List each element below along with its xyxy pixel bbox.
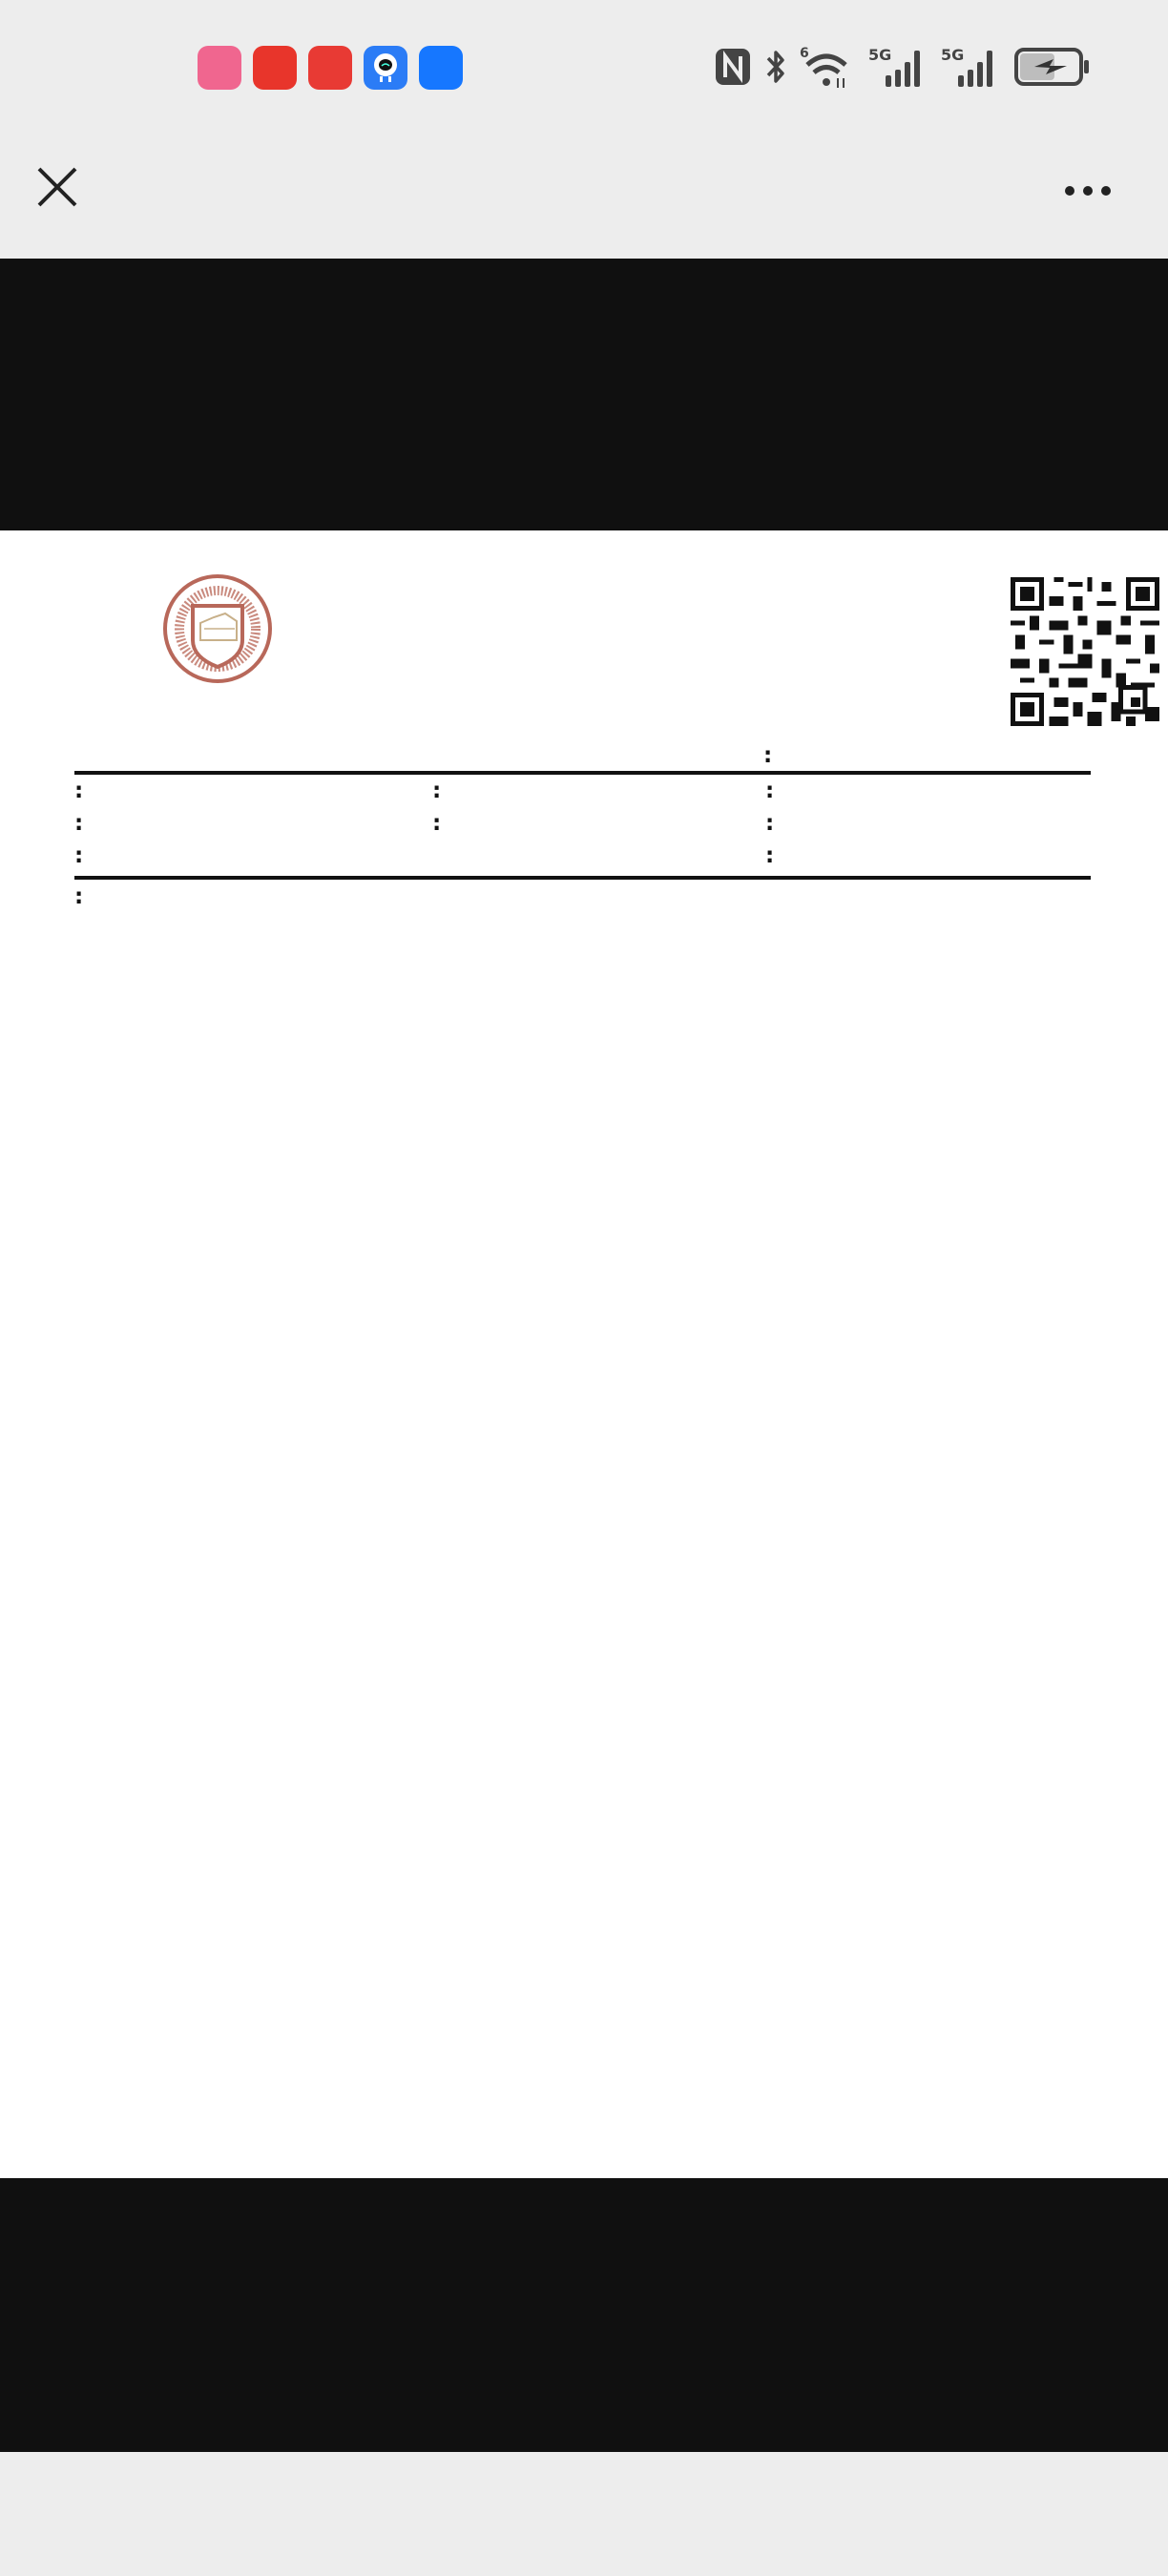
browser-header — [0, 134, 1168, 259]
exam-time-field: : — [765, 843, 774, 868]
bluetooth-icon — [765, 47, 786, 87]
age-field: : — [765, 779, 774, 803]
exam-site-field: : — [74, 884, 83, 909]
patient-name-field: : — [74, 779, 83, 803]
suning-app-icon — [308, 46, 352, 90]
nfc-icon — [714, 47, 752, 87]
svg-text:5G: 5G — [868, 46, 891, 64]
more-options-button[interactable] — [1050, 172, 1126, 210]
department-field: : — [765, 811, 774, 836]
battery-charging-icon — [1013, 46, 1092, 88]
close-icon — [35, 165, 79, 209]
close-button[interactable] — [31, 160, 84, 214]
bed-no-field: : — [74, 811, 83, 836]
signal-5g-2-icon: 5G — [941, 45, 1000, 89]
clinical-diagnosis-field: : — [74, 843, 83, 868]
more-dot-icon — [1083, 186, 1093, 196]
image-viewer[interactable]: : : : : : : : : : : — [0, 259, 1168, 2452]
notification-icons — [198, 46, 463, 90]
system-icons: 6 5G 5G — [714, 44, 1092, 90]
qr-code[interactable] — [1006, 572, 1164, 731]
device-type-field: : — [432, 811, 441, 836]
more-dot-icon — [1101, 186, 1111, 196]
svg-text:6: 6 — [800, 46, 809, 61]
assistant-app-icon — [364, 46, 407, 90]
wifi-icon: 6 — [800, 44, 855, 90]
ct-report-document: : : : : : : : : : : — [0, 530, 1168, 2178]
signal-5g-1-icon: 5G — [868, 45, 928, 89]
status-bar: 6 5G 5G — [0, 0, 1168, 134]
svg-text:5G: 5G — [941, 46, 964, 64]
divider — [74, 876, 1091, 880]
bilibili-app-icon — [198, 46, 241, 90]
exam-no-field: : — [763, 742, 772, 768]
hospital-seal-logo — [162, 573, 273, 684]
alipay-app-icon — [419, 46, 463, 90]
gender-field: : — [432, 779, 441, 803]
divider — [74, 771, 1091, 775]
hotel-app-icon — [253, 46, 297, 90]
more-dot-icon — [1065, 186, 1074, 196]
